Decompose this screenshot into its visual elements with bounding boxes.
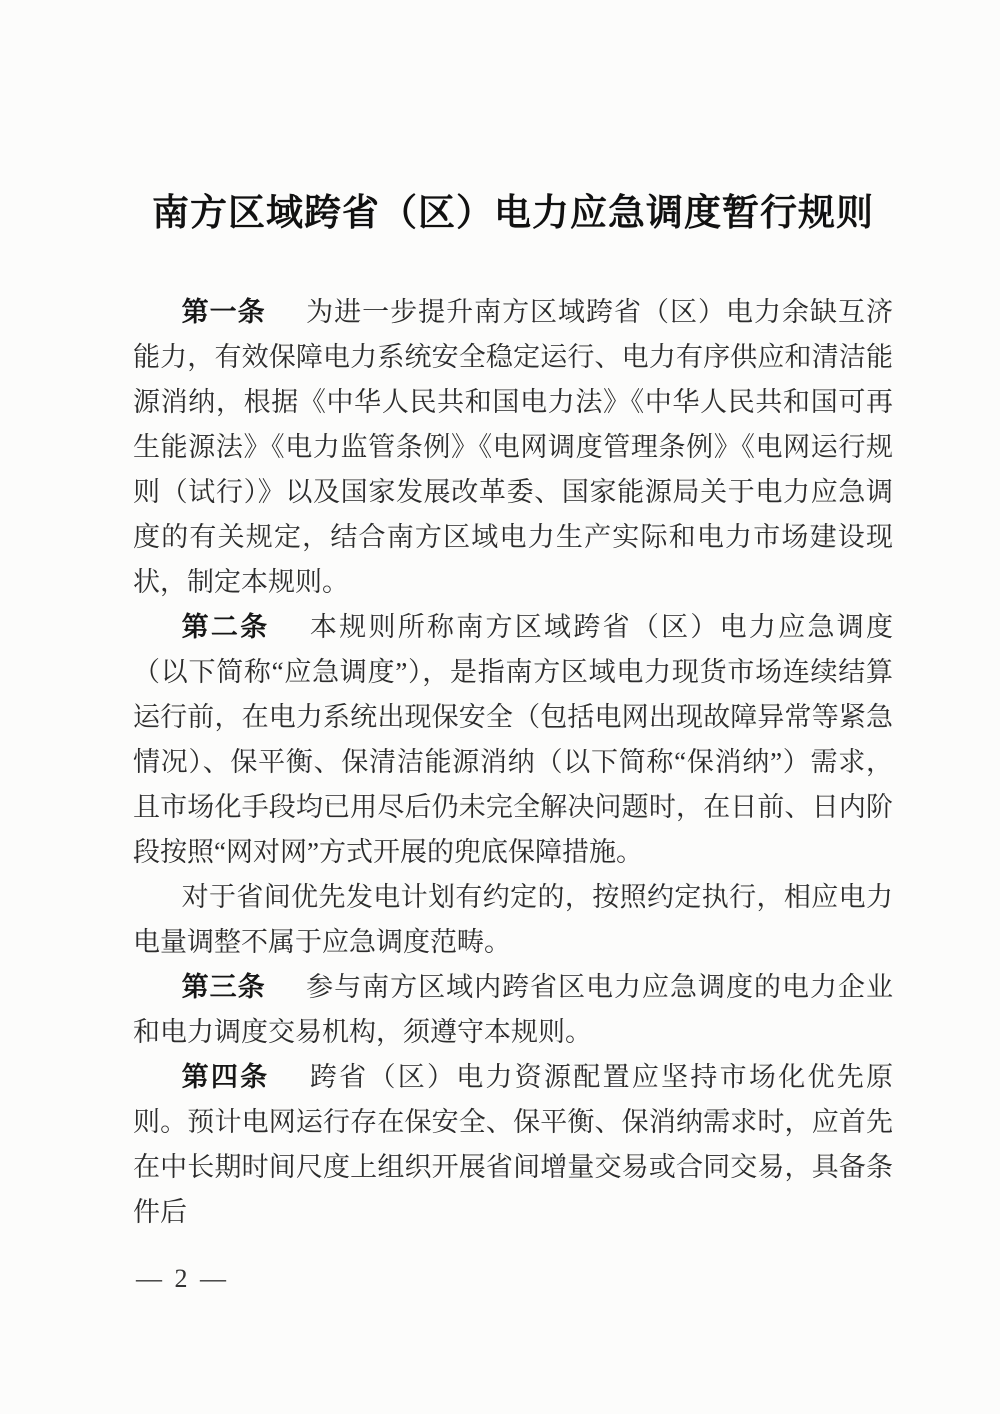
document-body: 第一条为进一步提升南方区域跨省（区）电力余缺互济能力，有效保障电力系统安全稳定运…: [133, 290, 893, 1235]
article-2-text: 本规则所称南方区域跨省（区）电力应急调度（以下简称“应急调度”），是指南方区域电…: [133, 612, 893, 867]
paragraph-article-4: 第四条跨省（区）电力资源配置应坚持市场化优先原则。预计电网运行存在保安全、保平衡…: [133, 1055, 893, 1235]
article-2-continuation-text: 对于省间优先发电计划有约定的，按照约定执行，相应电力电量调整不属于应急调度范畴。: [133, 882, 893, 957]
article-4-label: 第四条: [182, 1062, 270, 1092]
article-3-label: 第三条: [182, 972, 266, 1002]
article-1-label: 第一条: [182, 297, 266, 327]
paragraph-article-2: 第二条本规则所称南方区域跨省（区）电力应急调度（以下简称“应急调度”），是指南方…: [133, 605, 893, 875]
document-page: 南方区域跨省（区）电力应急调度暂行规则 第一条为进一步提升南方区域跨省（区）电力…: [0, 0, 1000, 1414]
article-1-text: 为进一步提升南方区域跨省（区）电力余缺互济能力，有效保障电力系统安全稳定运行、电…: [133, 297, 893, 597]
document-title: 南方区域跨省（区）电力应急调度暂行规则: [133, 188, 893, 240]
paragraph-article-3: 第三条参与南方区域内跨省区电力应急调度的电力企业和电力调度交易机构，须遵守本规则…: [133, 965, 893, 1055]
paragraph-article-2-continuation: 对于省间优先发电计划有约定的，按照约定执行，相应电力电量调整不属于应急调度范畴。: [133, 875, 893, 965]
article-2-label: 第二条: [182, 612, 270, 642]
paragraph-article-1: 第一条为进一步提升南方区域跨省（区）电力余缺互济能力，有效保障电力系统安全稳定运…: [133, 290, 893, 605]
page-number: — 2 —: [136, 1264, 229, 1294]
